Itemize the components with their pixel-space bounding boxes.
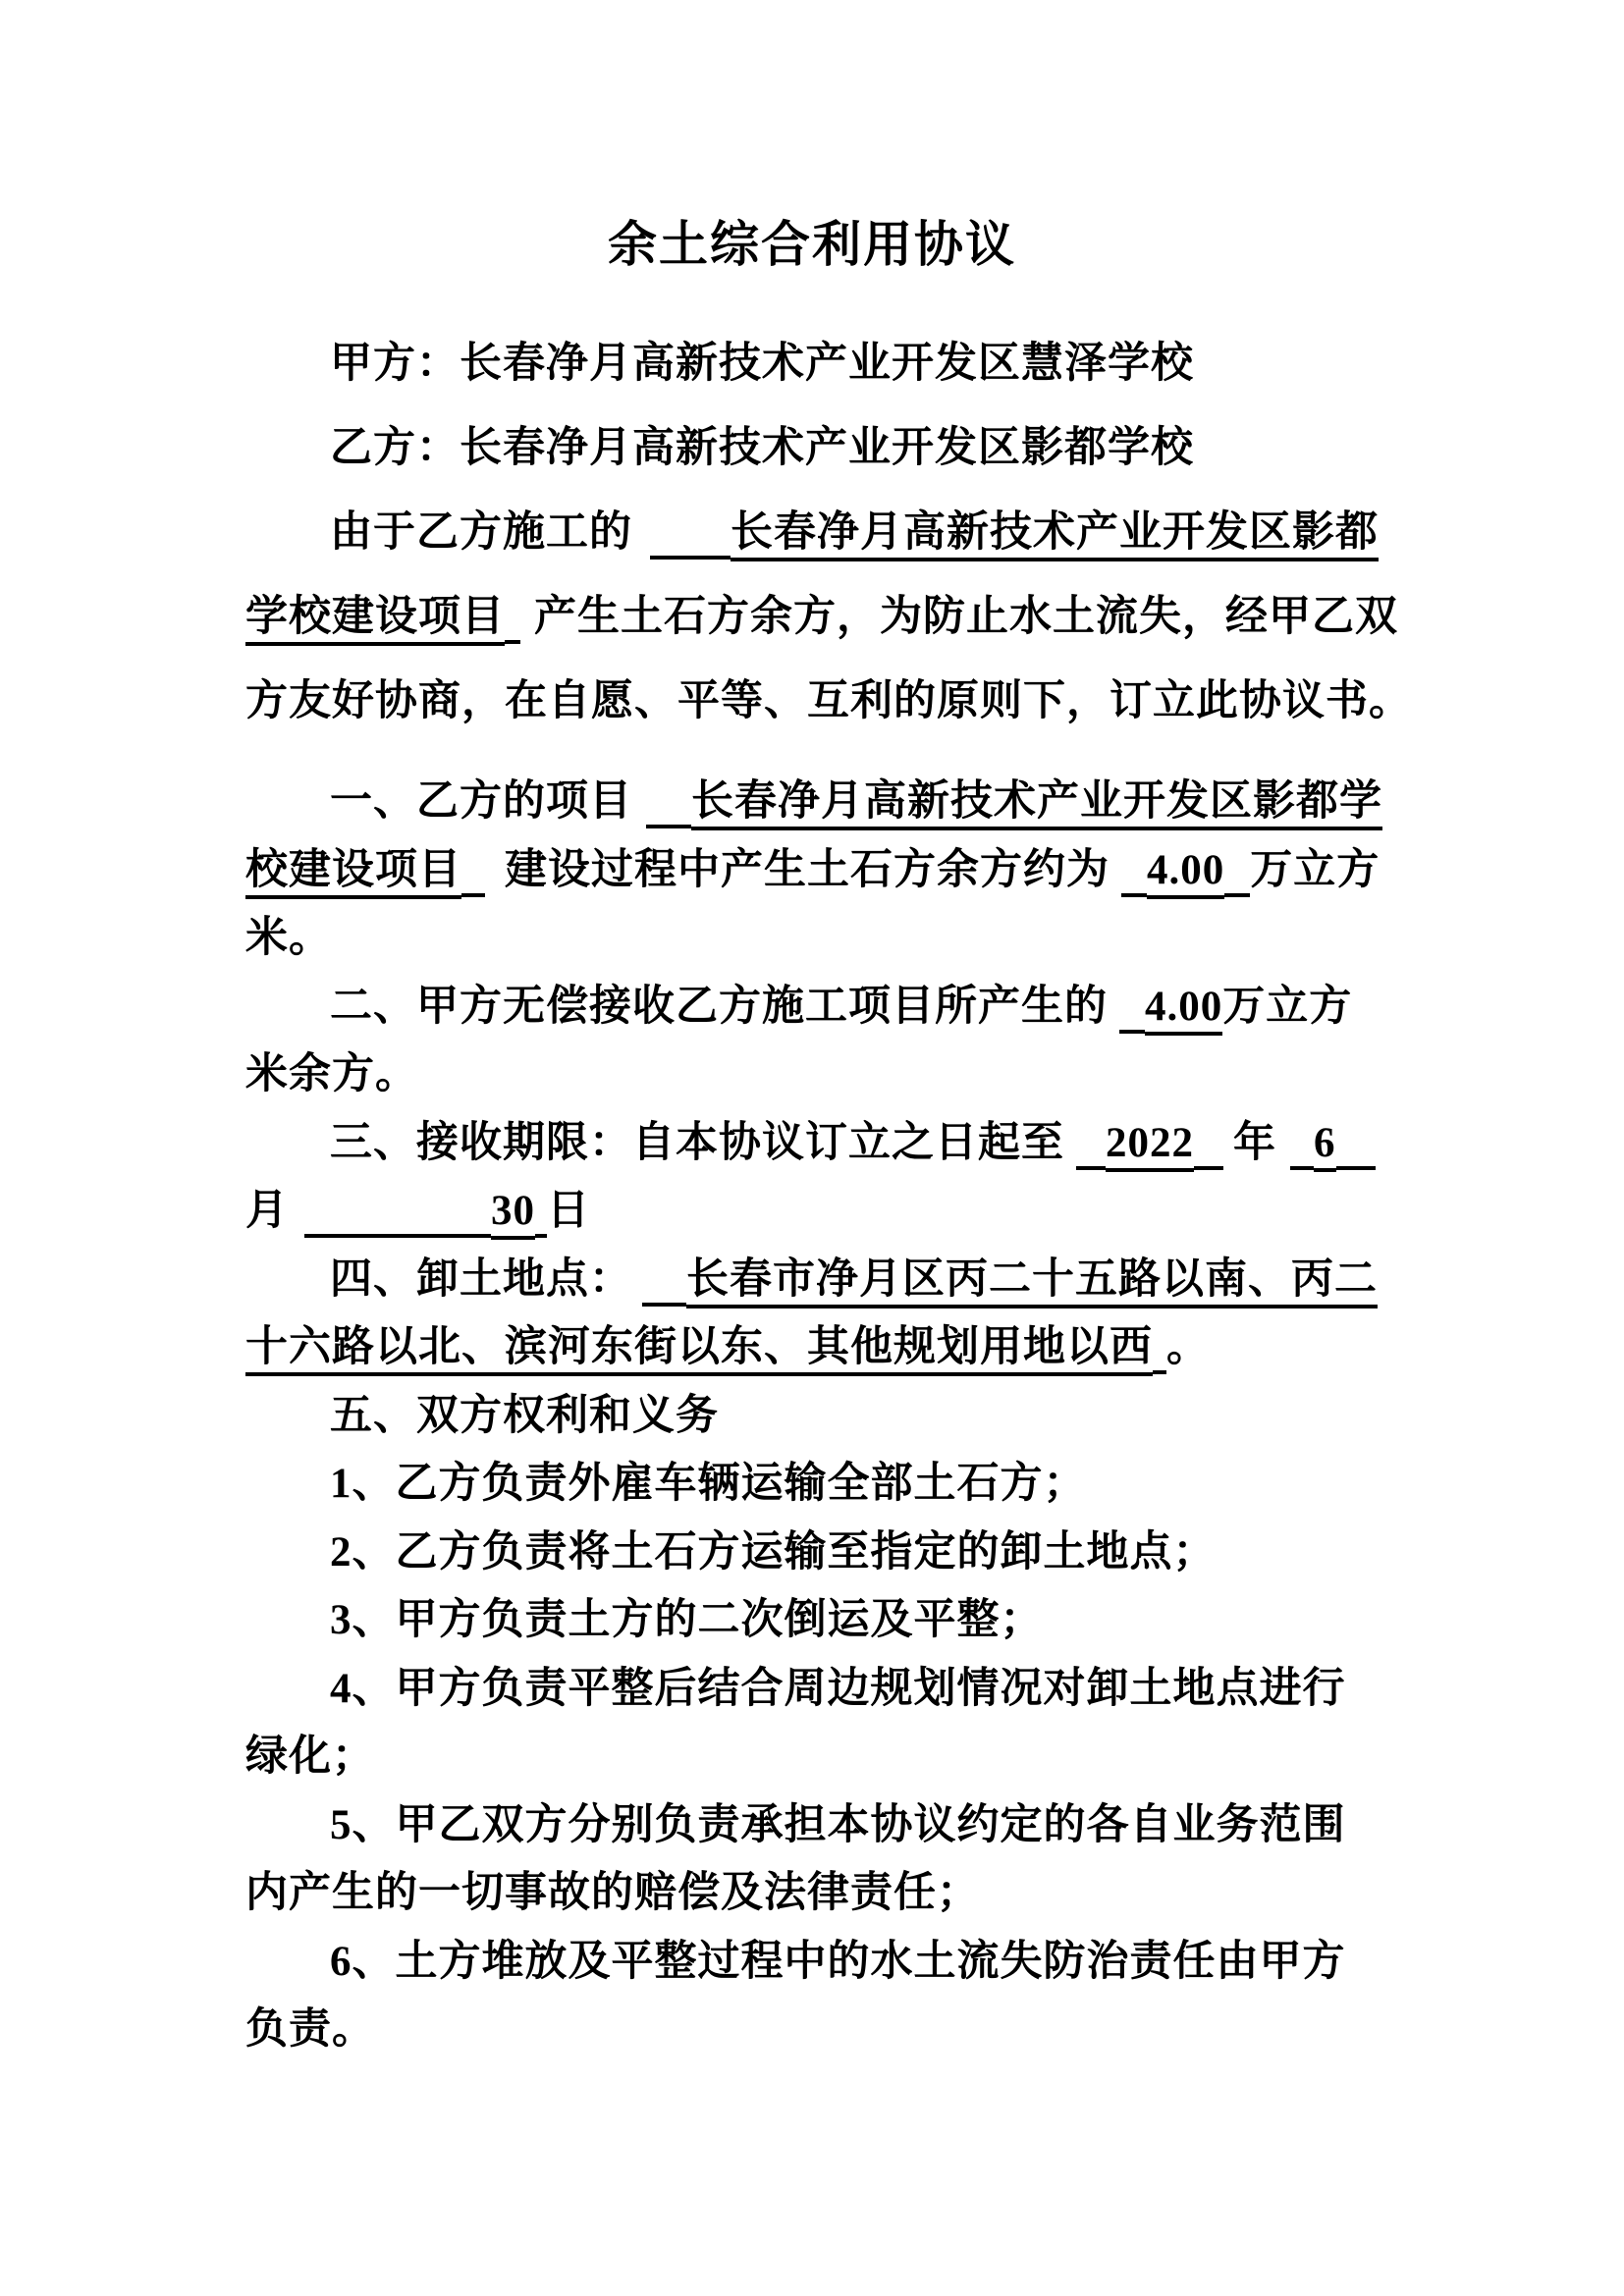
text-segment: 由于乙方施工的 [330, 509, 632, 556]
document-line: 十六路以北、滨河东街以东、其他规划用地以西。 [245, 1313, 1394, 1382]
document-title: 余土综合利用协议 [0, 215, 1624, 274]
blank-underline [1076, 1166, 1106, 1170]
document-line: 米。 [245, 904, 1394, 973]
blank-underline [1121, 893, 1147, 897]
document-line: 3、甲方负责土方的二次倒运及平整； [245, 1586, 1394, 1655]
document-line: 4、甲方负责平整后结合周边规划情况对卸土地点进行 [245, 1655, 1394, 1724]
underlined-text: 校建设项目 [245, 847, 461, 899]
text-segment: 万立方 [1250, 847, 1380, 893]
document-line: 2、乙方负责将土石方运输至指定的卸土地点； [245, 1519, 1394, 1587]
text-segment: 日 [547, 1188, 590, 1234]
text-segment: 米余方。 [245, 1051, 418, 1097]
text-segment: 甲方：长春净月高新技术产业开发区慧泽学校 [330, 341, 1194, 387]
text-segment: 乙方：长春净月高新技术产业开发区影都学校 [330, 425, 1194, 471]
text-segment: 四、卸土地点： [330, 1256, 632, 1303]
underlined-text: 长春净月高新技术产业开发区影都学 [691, 778, 1382, 830]
text-segment: 年 [1233, 1120, 1276, 1166]
text-segment: 一、乙方的项目 [330, 778, 632, 825]
underlined-text: 30 [491, 1188, 535, 1240]
blank-underline [1336, 1166, 1376, 1170]
text-segment: 万立方 [1222, 984, 1352, 1030]
document-page: 余土综合利用协议 甲方：长春净月高新技术产业开发区慧泽学校乙方：长春净月高新技术… [0, 0, 1624, 2296]
blank-underline [1119, 1030, 1145, 1034]
text-segment: 1、乙方负责外雇车辆运输全部土石方； [330, 1461, 1087, 1507]
document-line: 1、乙方负责外雇车辆运输全部土石方； [245, 1450, 1394, 1519]
document-line: 由于乙方施工的长春净月高新技术产业开发区影都 [245, 491, 1394, 575]
document-line: 甲方：长春净月高新技术产业开发区慧泽学校 [245, 322, 1394, 406]
document-line: 四、卸土地点：长春市净月区丙二十五路以南、丙二 [245, 1246, 1394, 1314]
underlined-text: 长春净月高新技术产业开发区影都 [731, 509, 1379, 561]
blank-underline [304, 1234, 491, 1238]
text-segment: 建设过程中产生土石方余方约为 [505, 847, 1110, 893]
document-line: 校建设项目建设过程中产生土石方余方约为4.00万立方 [245, 836, 1394, 905]
text-segment: 6、土方堆放及平整过程中的水土流失防治责任由甲方 [330, 1939, 1346, 1985]
text-segment: 产生土石方余方，为防止水土流失，经甲乙双 [534, 594, 1398, 640]
underlined-text: 十六路以北、滨河东街以东、其他规划用地以西 [245, 1324, 1153, 1376]
text-segment: 内产生的一切事故的赔偿及法律责任； [245, 1870, 980, 1916]
blank-underline [1153, 1370, 1166, 1374]
underlined-text: 学校建设项目 [245, 594, 505, 646]
text-segment: 。 [1166, 1324, 1210, 1370]
underlined-text: 6 [1314, 1120, 1336, 1172]
text-segment: 2、乙方负责将土石方运输至指定的卸土地点； [330, 1529, 1217, 1575]
document-line: 6、土方堆放及平整过程中的水土流失防治责任由甲方 [245, 1928, 1394, 1997]
text-segment: 二、甲方无偿接收乙方施工项目所产生的 [330, 984, 1108, 1030]
blank-underline [535, 1234, 547, 1238]
text-segment: 五、双方权利和义务 [330, 1393, 719, 1439]
blank-underline [1224, 893, 1250, 897]
blank-underline [461, 893, 485, 897]
text-segment: 4、甲方负责平整后结合周边规划情况对卸土地点进行 [330, 1666, 1346, 1712]
underlined-text: 4.00 [1147, 847, 1224, 899]
document-line: 一、乙方的项目长春净月高新技术产业开发区影都学 [245, 768, 1394, 836]
document-line: 内产生的一切事故的赔偿及法律责任； [245, 1859, 1394, 1928]
underlined-text: 2022 [1106, 1120, 1194, 1172]
text-segment: 方友好协商，在自愿、平等、互利的原则下，订立此协议书。 [245, 678, 1412, 724]
document-line: 绿化； [245, 1723, 1394, 1791]
document-body-block: 一、乙方的项目长春净月高新技术产业开发区影都学校建设项目建设过程中产生土石方余方… [245, 768, 1394, 2064]
document-line: 月30日 [245, 1177, 1394, 1246]
blank-underline [646, 825, 691, 828]
text-segment: 三、接收期限：自本协议订立之日起至 [330, 1120, 1064, 1166]
blank-underline [650, 556, 731, 560]
document-line: 方友好协商，在自愿、平等、互利的原则下，订立此协议书。 [245, 660, 1394, 744]
text-segment: 负责。 [245, 2006, 375, 2053]
text-segment: 月 [245, 1188, 289, 1234]
text-segment: 米。 [245, 915, 332, 961]
text-segment: 5、甲乙双方分别负责承担本协议约定的各自业务范围 [330, 1802, 1346, 1848]
blank-underline [1290, 1166, 1314, 1170]
text-segment: 3、甲方负责土方的二次倒运及平整； [330, 1597, 1044, 1643]
document-line: 5、甲乙双方分别负责承担本协议约定的各自业务范围 [245, 1791, 1394, 1860]
document-line: 五、双方权利和义务 [245, 1382, 1394, 1451]
text-segment: 绿化； [245, 1734, 375, 1780]
document-line: 三、接收期限：自本协议订立之日起至2022年6 [245, 1109, 1394, 1178]
blank-underline [505, 640, 520, 644]
document-line: 米余方。 [245, 1041, 1394, 1109]
document-line: 学校建设项目产生土石方余方，为防止水土流失，经甲乙双 [245, 575, 1394, 660]
document-line: 乙方：长春净月高新技术产业开发区影都学校 [245, 406, 1394, 491]
underlined-text: 长春市净月区丙二十五路以南、丙二 [686, 1256, 1378, 1308]
blank-underline [1194, 1166, 1223, 1170]
document-line: 二、甲方无偿接收乙方施工项目所产生的4.00万立方 [245, 973, 1394, 1041]
blank-underline [642, 1303, 686, 1307]
document-intro-block: 甲方：长春净月高新技术产业开发区慧泽学校乙方：长春净月高新技术产业开发区影都学校… [245, 322, 1394, 744]
underlined-text: 4.00 [1145, 984, 1222, 1036]
document-line: 负责。 [245, 1996, 1394, 2064]
